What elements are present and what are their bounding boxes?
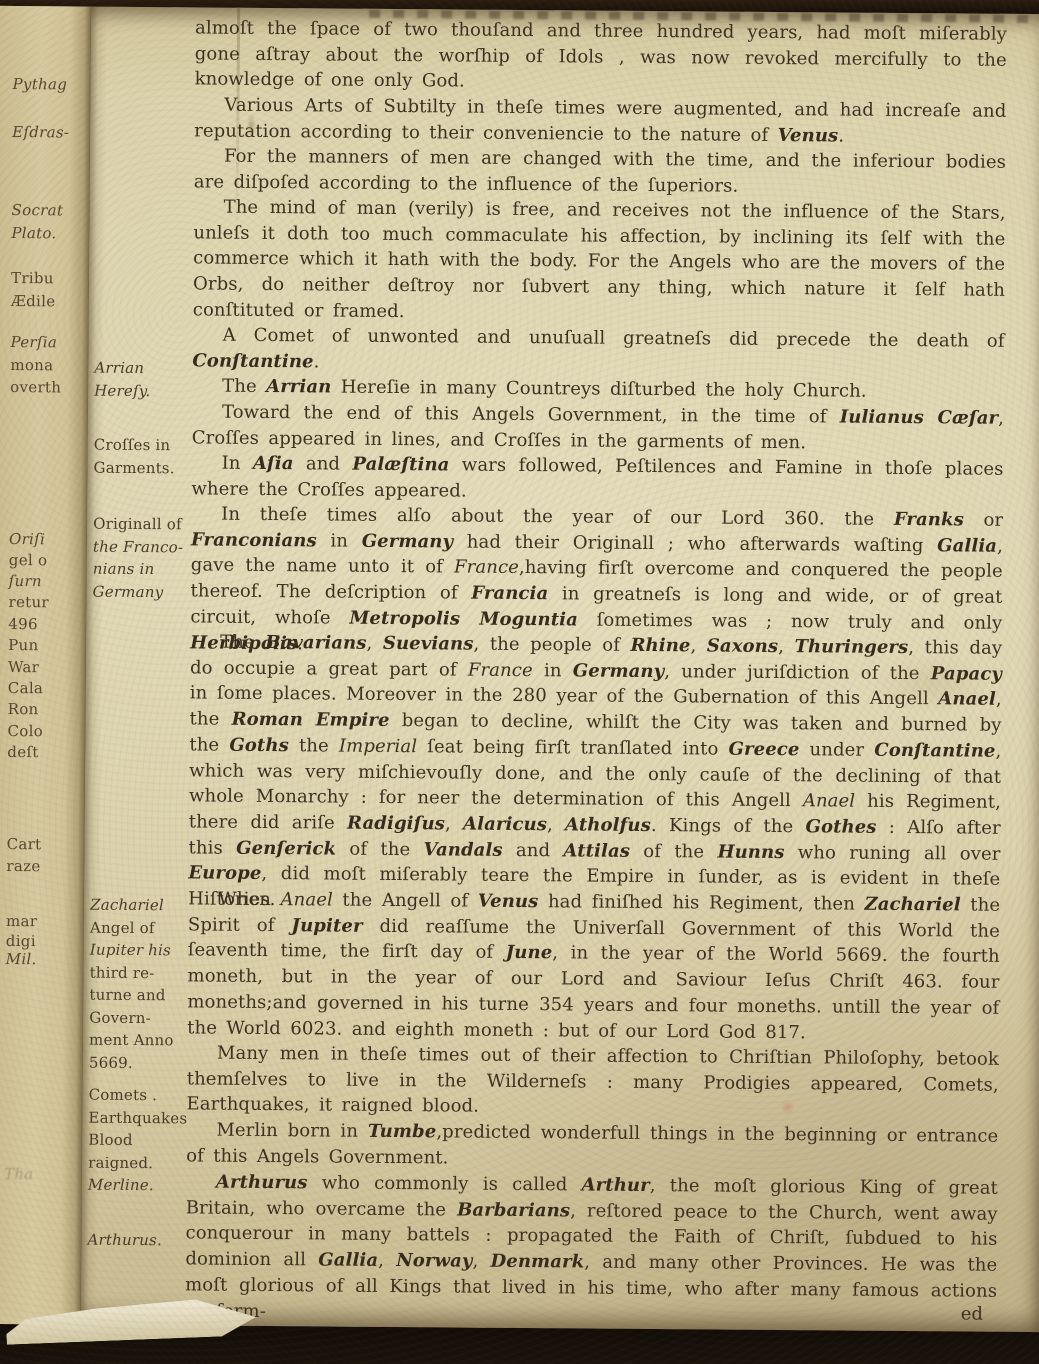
margin-note: Croſſes inGarments. [93,434,193,480]
margin-note-line: Comets . [89,1084,189,1107]
underpage-note-fragment: War [8,657,91,678]
emphasized-text: Bavarians [265,632,366,654]
emphasized-text: Francia [471,583,548,605]
body-text: or [964,509,1003,530]
underpage-note-fragment: Oriſi [9,529,91,550]
emphasized-text: Gallia [937,535,997,556]
emphasized-text: Thuringers [794,636,908,658]
underpage-note-fragment: overth [10,377,91,398]
emphasized-text: Zachariel [864,894,960,916]
underpage-note-fragment: Pythag [13,74,92,95]
body-text: . Kings of the [651,815,806,837]
emphasized-text: June [506,942,553,963]
main-text-column: ed almoſt the ſpace of two thouſand and … [185,7,1007,1331]
underpage-note-fragment: retur [8,592,91,613]
emphasized-text: Atholfus [565,814,651,836]
emphasized-text: Greece [728,738,799,760]
body-text: , the people of [473,634,630,656]
underlying-page-edge: PythagEſdras-SocratPlato.TribuÆdilePerſi… [0,6,91,1325]
body-text: The [222,376,266,397]
margin-note-line: Govern- [89,1006,189,1029]
body-text: had their Originall ; who afterwards waſ… [453,531,937,556]
margin-note-line: Originall of [93,513,193,536]
emphasized-text: Rhine [630,635,690,656]
body-text: , [547,814,565,835]
body-text: Various Arts of Subtilty in theſe times … [194,95,1006,146]
margin-note: Originall ofthe Franco-nians inGermany [93,513,194,604]
emphasized-text: Venus [478,891,539,912]
underpage-note-fragment: deſt [7,742,91,763]
paragraph: Merlin born in Tumbe,predicted wonderful… [186,1117,998,1175]
underpage-note-fragment: Pun [8,635,91,656]
emphasized-text: Anael [938,689,996,710]
margin-note-line: Zachariel [90,894,190,917]
underpage-note-fragment: Cart [7,834,92,855]
body-text: in [317,530,362,551]
body-text: For the manners of men are changed with … [194,146,1006,197]
body-text: and [294,453,353,474]
emphasized-text: Franconians [191,529,317,551]
margin-note-line: Angel of [90,916,190,939]
body-text: , under juriſdiction of the [664,661,931,684]
body-text: the Angell of [333,890,478,912]
paragraph: The Bavarians, Suevians, the people of R… [188,629,1002,918]
margin-note-line: raigned. [88,1151,188,1174]
emphasized-text: Tumbe [368,1121,437,1143]
body-text: under [799,739,874,761]
underpage-note-fragment: 496 [8,614,91,635]
margin-note-line: 5669. [89,1051,189,1074]
emphasized-text: Franks [894,509,964,531]
emphasized-text: Venus [778,125,839,146]
underpage-note-fragment: Plato. [11,223,91,244]
emphasized-text: Imperial [339,735,417,757]
emphasized-text: France [454,557,519,579]
margin-note-line: ment Anno [89,1029,189,1052]
margin-note-line: Blood [88,1129,188,1152]
margin-note-line: third re- [90,961,190,984]
body-text: Many men in theſe times out of their aff… [186,1043,999,1117]
emphasized-text: Barbarians [457,1199,570,1221]
body-text: Hereſie in many Countreys diſturbed the … [331,377,866,402]
body-text: who commonly is called [307,1172,581,1195]
emphasized-text: Conſtantine [192,350,313,372]
body-text: of the [336,838,424,860]
margin-note-line: Hereſy. [94,379,194,402]
emphasized-text: Roman Empire [232,709,390,731]
emphasized-text: France [468,659,533,681]
body-text: The mind of man (verily) is free, and re… [193,197,1006,322]
paragraph: The mind of man (verily) is free, and re… [193,194,1006,329]
emphasized-text: Europe [188,863,261,885]
emphasized-text: Germany [573,660,665,682]
body-text: , [690,635,706,656]
paragraph: almoſt the ſpace of two thouſand and thr… [195,15,1008,98]
paragraph: In Aſia and Palæſtina wars followed, Peſ… [191,450,1003,508]
emphasized-text: Germany [362,530,454,552]
underpage-note-fragment: Perſia [10,332,91,353]
margin-note-line: Germany [93,580,193,603]
underpage-note-fragment: mona [10,355,91,376]
body-text: , [778,636,794,657]
paragraph: Arthurus who commonly is called Arthur, … [185,1169,998,1330]
underpage-note-fragment: Tribu [11,268,91,289]
body-text: of the [630,840,718,862]
emphasized-text: Aſia [253,453,294,474]
emphasized-text: Palæſtina [352,454,449,476]
margin-note: Comets .EarthquakesBloodraigned.Merline. [88,1084,189,1197]
body-text: Toward the end of this Angels Government… [222,402,840,428]
body-text: , [472,1251,490,1272]
underpage-note-fragment: Cala [8,678,91,699]
underpage-note-fragment: Colo [7,721,91,742]
margin-note-line: turne and [89,984,189,1007]
emphasized-text: Arrian [266,376,331,398]
emphasized-text: Arthurus [216,1172,308,1194]
emphasized-text: Genſerick [236,837,336,859]
underpage-note-fragment: Socrat [12,200,92,221]
margin-note-line: the Franco- [93,535,193,558]
emphasized-text: Jupiter [291,915,362,937]
emphasized-text: Goths [229,735,289,756]
body-text: the [289,735,339,756]
body-text: in [533,660,573,681]
margin-note-line: Croſſes in [94,434,194,457]
underpage-note-fragment: raze [6,856,91,877]
book-page: PythagEſdras-SocratPlato.TribuÆdilePerſi… [0,6,1039,1332]
emphasized-text: Anael [280,889,333,910]
body-text: A Comet of unwonted and unuſuall greatne… [223,325,1005,352]
underpage-note-fragment: gel o [9,550,91,571]
margin-note: ZacharielAngel ofIupiter histhird re-tur… [89,894,190,1075]
emphasized-text: Alaricus [463,813,547,835]
paragraph: Many men in theſe times out of their aff… [186,1040,999,1123]
body-text: and [503,839,564,860]
emphasized-text: Denmark [490,1251,584,1273]
body-text: in ſome places. Moreover in the 280 year… [190,683,939,710]
body-text: , [366,633,382,654]
margin-note-line: nians in [93,558,193,581]
emphasized-text: Saxons [707,635,779,657]
margin-note-line: Iupiter his [90,939,190,962]
body-text: , [445,813,463,834]
body-text: who runing all over [784,842,1000,865]
body-text: , [378,1250,396,1271]
body-text: In theſe times alſo about the year of ou… [221,504,894,530]
emphasized-text: Vandals [423,839,502,861]
margin-note-line: Arthurus. [87,1229,187,1252]
underpage-note-fragment: Tha [4,1164,91,1185]
body-text: In [222,453,253,474]
body-text: almoſt the ſpace of two thouſand and thr… [195,17,1008,92]
body-text: ſometimes was ; now truly and only [578,609,1003,633]
underpage-note-fragment: ſurn [9,571,92,592]
emphasized-text: Gallia [318,1250,378,1271]
underpage-note-fragment: mar [6,911,91,932]
margin-note: Arthurus. [87,1229,187,1252]
scanned-book-photo: PythagEſdras-SocratPlato.TribuÆdilePerſi… [0,0,1039,1364]
underpage-note-fragment: Mil. [6,949,92,970]
margin-note: ArrianHereſy. [94,357,194,403]
paragraph: A Comet of unwonted and unuſuall greatne… [192,322,1004,380]
body-text: Merlin born in [216,1120,368,1142]
margin-note-line: Earthquakes [88,1106,188,1129]
body-text: . [838,125,844,146]
underpage-note-fragment: Eſdras- [12,122,91,143]
emphasized-text: Radigiſus [347,813,445,835]
margin-notes-column: ArrianHereſy.Croſſes inGarments.Original… [87,7,197,1326]
body-text: The [220,632,265,653]
margin-note-line: Arrian [94,357,194,380]
body-text: When [218,889,281,910]
paragraph: For the manners of men are changed with … [194,143,1006,201]
paragraph: Toward the end of this Angels Government… [192,399,1004,457]
body-text: . [314,351,320,372]
emphasized-text: Attilas [563,840,630,862]
emphasized-text: Hunns [717,841,784,863]
emphasized-text: Norway [396,1250,472,1272]
paragraph: When Anael the Angell of Venus had finiſ… [187,886,1000,1047]
margin-note-line: Merline. [88,1174,188,1197]
emphasized-text: Papacy [931,663,1002,685]
body-text: ſeat being firſt tranſlated into [417,736,729,759]
underpage-note-fragment: Ron [8,699,92,720]
emphasized-text: Gothes [805,816,876,838]
underpage-note-fragment: Ædile [11,291,91,312]
emphasized-text: Anael [803,790,856,811]
emphasized-text: Metropolis Moguntia [349,607,578,630]
paragraph: Various Arts of Subtilty in theſe times … [194,92,1006,150]
emphasized-text: Iulianus Cæſar [840,407,999,429]
emphasized-text: Arthur [582,1175,650,1197]
emphasized-text: Conſtantine [874,740,995,762]
body-text: had finiſhed his Regiment, then [538,891,864,915]
margin-note-line: Garments. [93,456,193,479]
emphasized-text: Suevians [383,633,474,655]
